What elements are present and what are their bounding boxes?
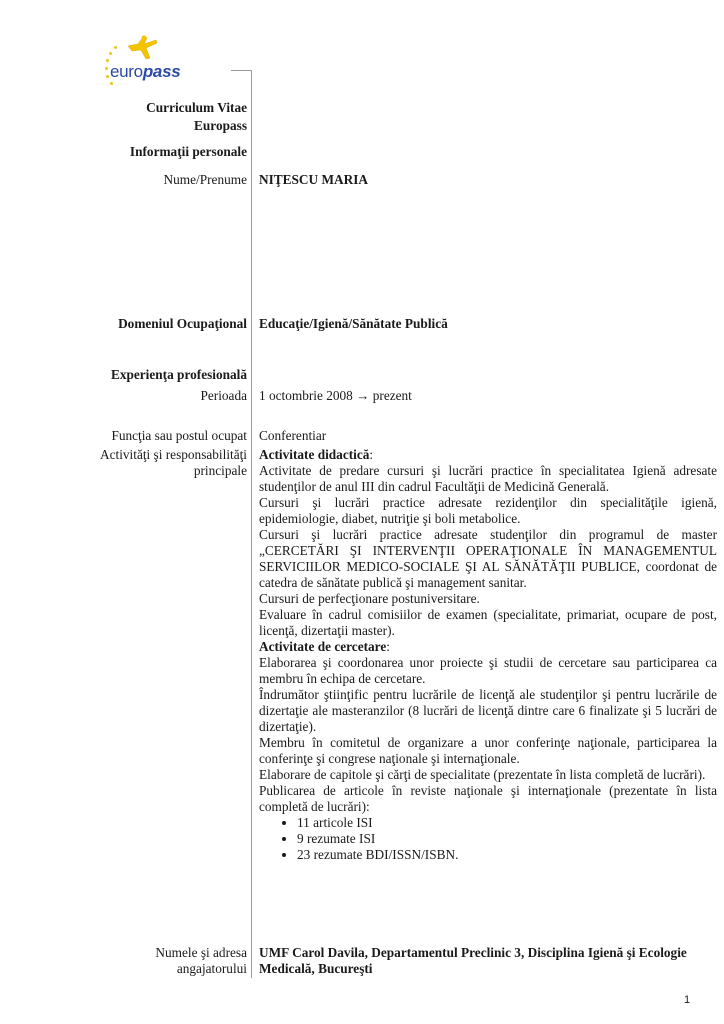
teaching-item: Cursuri şi lucrări practice adresate rez… (259, 495, 717, 527)
europass-logo: europass (104, 40, 194, 90)
research-item: Elaborarea şi coordonarea unor proiecte … (259, 655, 717, 687)
occupation-label: Domeniul Ocupaţional (118, 316, 247, 332)
activities-label-line1: Activităţi şi responsabilităţi (100, 447, 247, 463)
occupation-value: Educaţie/Igienă/Sănătate Publică (259, 316, 717, 332)
publication-item: 9 rezumate ISI (297, 831, 717, 847)
employer-label-line1: Numele şi adresa (155, 945, 247, 961)
name-value: NIŢESCU MARIA (259, 172, 717, 188)
employer-value: UMF Carol Davila, Departamentul Preclini… (259, 945, 717, 977)
logo-text: europass (110, 62, 180, 82)
divider-top (231, 70, 251, 71)
research-item: Membru în comitetul de organizare a unor… (259, 735, 717, 767)
teaching-item: Activitate de predare cursuri şi lucrări… (259, 463, 717, 495)
research-heading: Activitate de cercetare (259, 639, 386, 654)
publication-item: 11 articole ISI (297, 815, 717, 831)
activities-content: Activitate didactică: Activitate de pred… (259, 447, 717, 863)
activities-label-line2: principale (194, 463, 247, 479)
research-item: Elaborare de capitole şi cărţi de specia… (259, 767, 717, 783)
position-label: Funcţia sau postul ocupat (111, 428, 247, 444)
teaching-heading: Activitate didactică (259, 447, 369, 462)
position-value: Conferentiar (259, 428, 717, 444)
publications-list: 11 articole ISI 9 rezumate ISI 23 rezuma… (259, 815, 717, 863)
publication-item: 23 rezumate BDI/ISSN/ISBN. (297, 847, 717, 863)
teaching-item: Cursuri de perfecţionare postuniversitar… (259, 591, 717, 607)
section-experience: Experienţa profesională (111, 367, 247, 383)
employer-label-line2: angajatorului (177, 961, 247, 977)
period-value: 1 octombrie 2008 → prezent (259, 388, 717, 404)
research-item: Îndrumător ştiinţific pentru lucrările d… (259, 687, 717, 735)
name-label: Nume/Prenume (164, 172, 247, 188)
teaching-item: Cursuri şi lucrări practice adresate stu… (259, 527, 717, 591)
divider-vertical (251, 70, 252, 978)
cv-title-line2: Europass (194, 118, 247, 134)
page-number: 1 (684, 994, 690, 1006)
teaching-item: Evaluare în cadrul comisiilor de examen … (259, 607, 717, 639)
period-label: Perioada (200, 388, 247, 404)
research-item: Publicarea de articole în reviste naţion… (259, 783, 717, 815)
section-personal-info: Informaţii personale (130, 144, 247, 160)
cv-title-line1: Curriculum Vitae (146, 100, 247, 116)
